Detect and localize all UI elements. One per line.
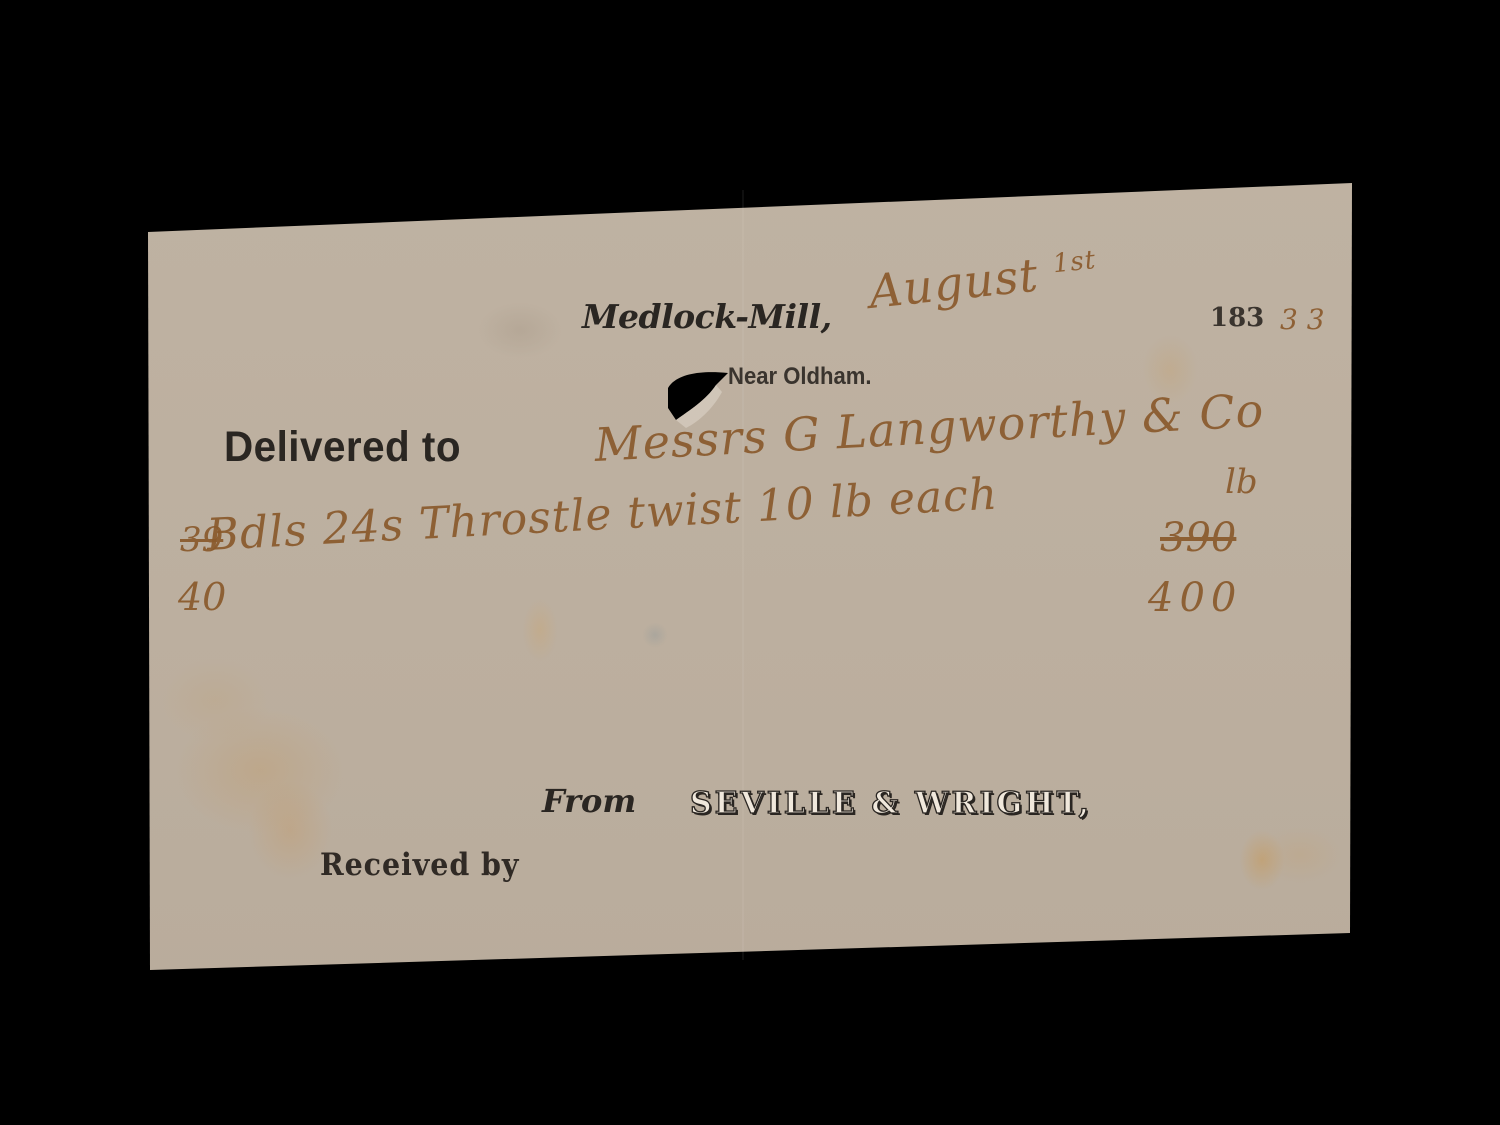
receipt-paper <box>0 0 1500 1125</box>
printed-year: 183 <box>1210 303 1264 333</box>
handwritten-year-digits: 3 3 <box>1280 303 1325 336</box>
total-corrected: 400 <box>1148 575 1242 621</box>
received-by-label: Received by <box>320 847 519 883</box>
quantity-corrected: 40 <box>178 575 226 619</box>
total-struck: 390 <box>1160 515 1236 561</box>
firm-name: SEVILLE & WRIGHT, <box>690 786 1092 821</box>
unit-lb: lb <box>1225 462 1258 502</box>
delivered-to-label: Delivered to <box>224 423 461 472</box>
from-label: From <box>542 782 636 820</box>
location-line: Near Oldham. <box>728 363 872 391</box>
mill-name: Medlock-Mill, <box>582 297 832 336</box>
